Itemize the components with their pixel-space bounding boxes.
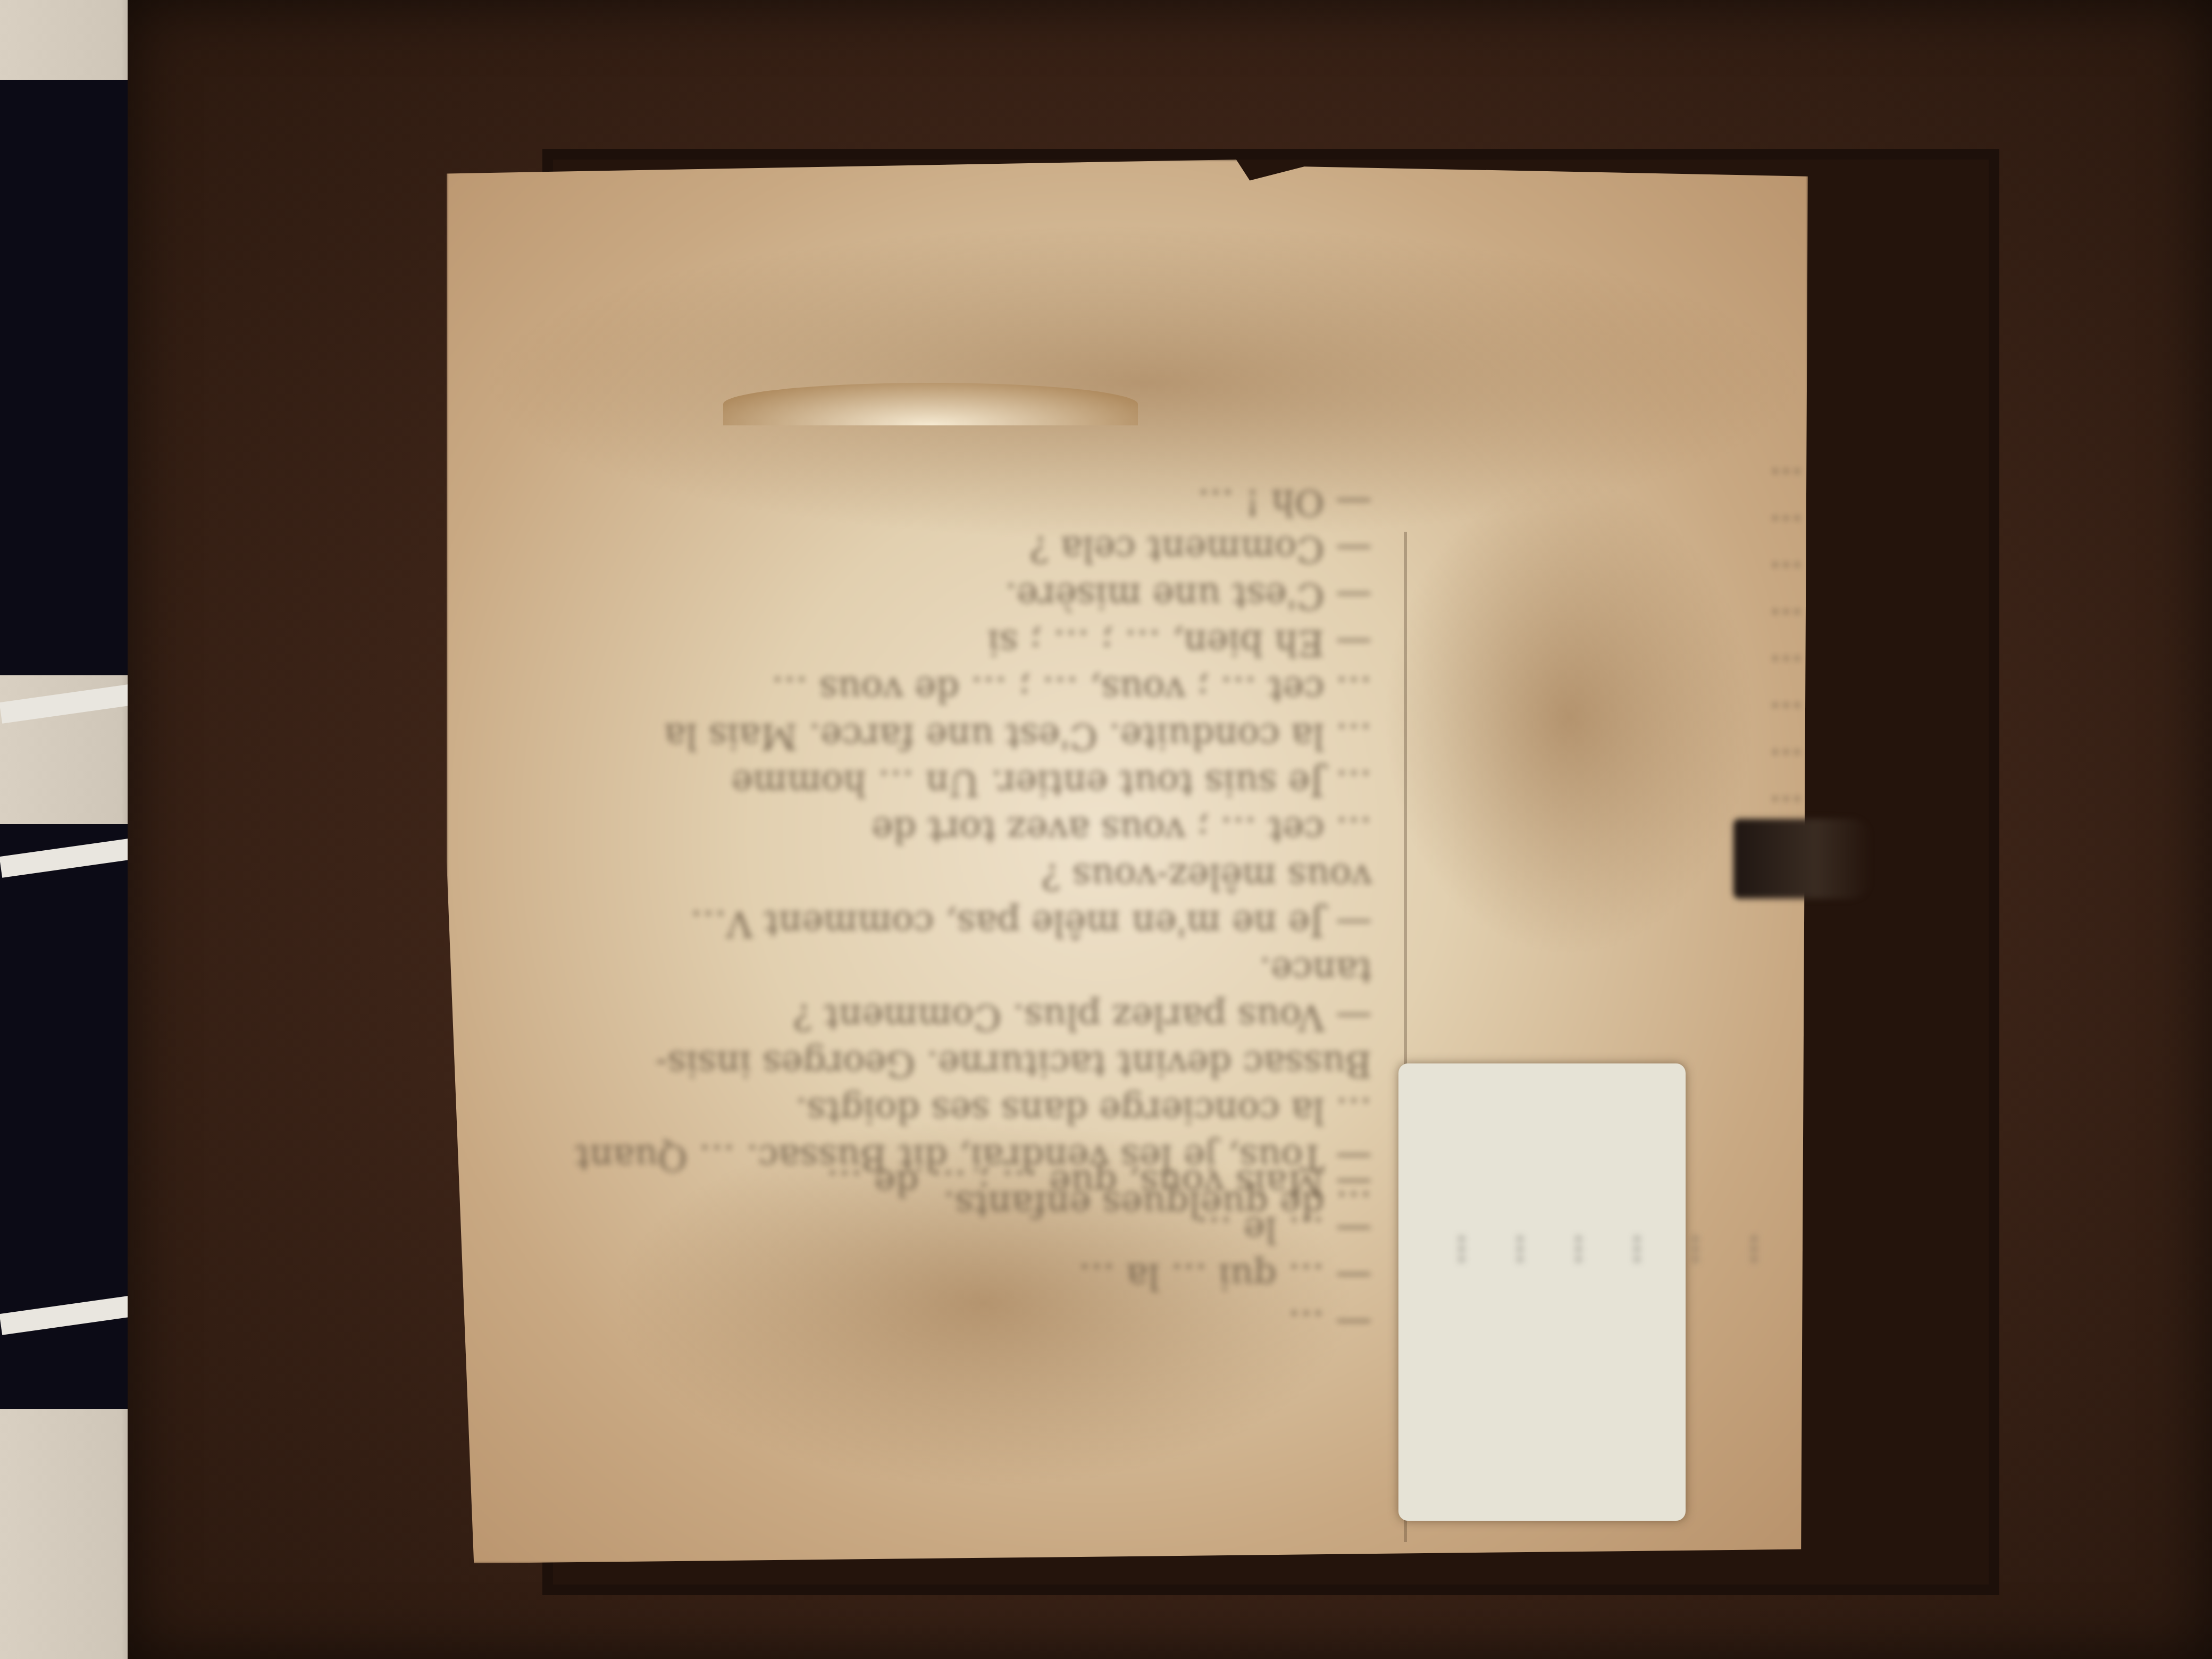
- text-line: …: [1430, 457, 1803, 504]
- newspaper-main-column: … de quelques enfants. — Tous, je les ve…: [707, 479, 1372, 1227]
- label-text: … … … … … …: [1377, 1234, 1792, 1478]
- text-line: tance.: [707, 946, 1372, 993]
- label-line: …: [1499, 1234, 1558, 1478]
- text-line: …: [1430, 598, 1803, 644]
- text-line: … cet … ; vous, … ; … de vous …: [707, 666, 1372, 713]
- text-line: vous mêlez-vous ?: [707, 853, 1372, 900]
- text-line: … la conduite. C'est une farce. Mais la: [707, 713, 1372, 759]
- label-line: …: [1441, 1234, 1499, 1478]
- text-line: — C'est une misère.: [707, 572, 1372, 619]
- metal-frame-clip: [1733, 819, 1872, 899]
- text-line: — Eh bien, … ; … ; si: [707, 619, 1372, 666]
- text-line: … Je suis tout entier. Un … homme: [707, 759, 1372, 806]
- text-line: — …: [707, 1300, 1372, 1346]
- text-line: …: [1430, 691, 1803, 738]
- label-line: …: [1616, 1234, 1675, 1478]
- text-line: — Je ne m'en mêle pas, comment V…: [707, 900, 1372, 946]
- newspaper-bottom-column: — … — … qui … la … — … le … — Mais vous,…: [707, 1159, 1372, 1346]
- newspaper-right-column: … … … … … … … …: [1430, 457, 1803, 832]
- text-line: …: [1430, 644, 1803, 691]
- text-line: … la concierge dans ses doigts.: [707, 1087, 1372, 1134]
- handwritten-label: … … … … … …: [1398, 1063, 1686, 1521]
- text-line: … cet … ; vous avez tort de: [707, 806, 1372, 853]
- text-line: …: [1430, 738, 1803, 785]
- text-line: — Comment cela ?: [707, 525, 1372, 572]
- text-line: — … le …: [707, 1206, 1372, 1253]
- text-line: Bussac devint taciturne. Georges insis-: [707, 1040, 1372, 1087]
- text-line: — Mais vous, que … ; … de …: [707, 1159, 1372, 1206]
- label-line: …: [1675, 1234, 1733, 1478]
- label-line: …: [1733, 1234, 1792, 1478]
- text-line: — … qui … la …: [707, 1253, 1372, 1300]
- text-line: …: [1430, 551, 1803, 598]
- label-line: …: [1558, 1234, 1616, 1478]
- torn-edge: [723, 383, 1138, 425]
- text-line: — Vous parlez plus. Comment ?: [707, 993, 1372, 1040]
- text-line: — Oh ! …: [707, 479, 1372, 525]
- text-line: …: [1430, 504, 1803, 551]
